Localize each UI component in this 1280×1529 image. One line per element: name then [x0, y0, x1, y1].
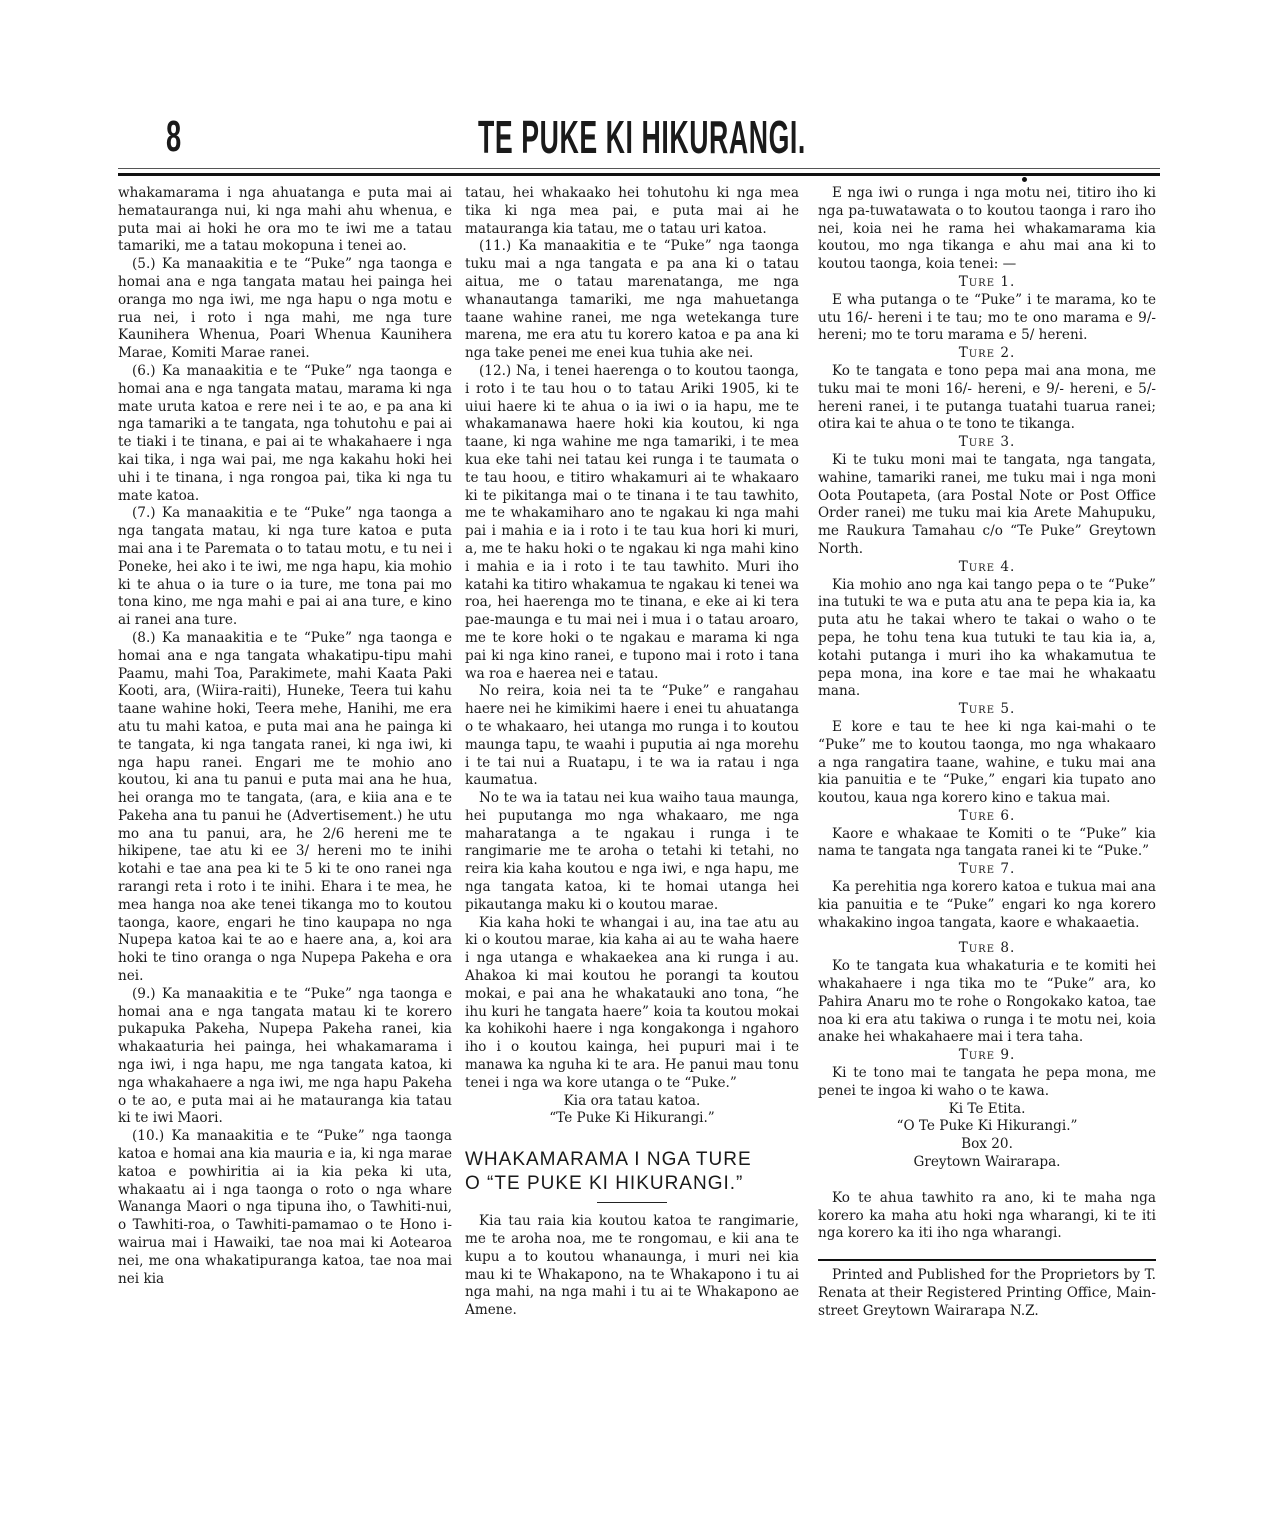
signoff-line-2: “Te Puke Ki Hikurangi.”: [465, 1110, 799, 1128]
page-number: 8: [166, 112, 182, 162]
paragraph-continued: tatau, hei whakaako hei tohutohu ki nga …: [465, 185, 799, 238]
rule-2-text: Ko te tangata e tono pepa mai ana mona, …: [818, 363, 1156, 434]
rule-4-heading: Ture 4.: [818, 559, 1156, 577]
ink-dot: [1022, 177, 1027, 182]
rule-5-text: E kore e tau te hee ki nga kai-mahi o te…: [818, 719, 1156, 808]
rule-1-heading: Ture 1.: [818, 274, 1156, 292]
section-divider: [597, 1202, 667, 1203]
rule-6-heading: Ture 6.: [818, 808, 1156, 826]
header-rule-thin: [118, 168, 1160, 169]
rule-8-heading: Ture 8.: [818, 940, 1156, 958]
right-column: E nga iwi o runga i nga motu nei, titiro…: [818, 185, 1156, 1321]
middle-column: tatau, hei whakaako hei tohutohu ki nga …: [465, 185, 799, 1320]
paragraph-5: (5.) Ka manaakitia e te “Puke” nga taong…: [118, 256, 452, 363]
rule-4-text: Kia mohio ano nga kai tango pepa o te “P…: [818, 577, 1156, 702]
left-column: whakamarama i nga ahuatanga e puta mai a…: [118, 185, 452, 1288]
rule-7-heading: Ture 7.: [818, 861, 1156, 879]
paragraph-no-reira: No reira, koia nei ta te “Puke” e rangah…: [465, 683, 799, 790]
section-paragraph: Kia tau raia kia koutou katoa te rangima…: [465, 1213, 799, 1320]
paragraph-10: (10.) Ka manaakitia e te “Puke” nga taon…: [118, 1128, 452, 1288]
rule-7-text: Ka perehitia nga korero katoa e tukua ma…: [818, 879, 1156, 932]
rule-6-text: Kaore e whakaae te Komiti o te “Puke” ki…: [818, 826, 1156, 862]
address-line-1: Ki Te Etita.: [818, 1101, 1156, 1119]
address-line-3: Box 20.: [818, 1136, 1156, 1154]
rule-5-heading: Ture 5.: [818, 701, 1156, 719]
paragraph-9: (9.) Ka manaakitia e te “Puke” nga taong…: [118, 986, 452, 1128]
printer-imprint: Printed and Published for the Proprietor…: [818, 1267, 1156, 1320]
section-heading-line-1: WHAKAMARAMA I NGA TURE: [465, 1148, 799, 1172]
masthead-title: TE PUKE KI HIKURANGI.: [478, 110, 806, 164]
paragraph-8: (8.) Ka manaakitia e te “Puke” nga taong…: [118, 630, 452, 986]
paragraph-11: (11.) Ka manaakitia e te “Puke” nga taon…: [465, 238, 799, 363]
rule-8-text: Ko te tangata kua whakaturia e te komiti…: [818, 958, 1156, 1047]
paragraph-kia-kaha: Kia kaha hoki te whangai i au, ina tae a…: [465, 915, 799, 1093]
address-line-2: “O Te Puke Ki Hikurangi.”: [818, 1118, 1156, 1136]
address-line-4: Greytown Wairarapa.: [818, 1154, 1156, 1172]
imprint-rule: [818, 1259, 1156, 1261]
rule-3-text: Ki te tuku moni mai te tangata, nga tang…: [818, 452, 1156, 559]
paragraph-7: (7.) Ka manaakitia e te “Puke” nga taong…: [118, 505, 452, 630]
signoff-line-1: Kia ora tatau katoa.: [465, 1093, 799, 1111]
rules-intro: E nga iwi o runga i nga motu nei, titiro…: [818, 185, 1156, 274]
closing-note: Ko te ahua tawhito ra ano, ki te maha ng…: [818, 1190, 1156, 1243]
paragraph-12: (12.) Na, i tenei haerenga o to koutou t…: [465, 363, 799, 683]
paragraph-no-te-wa: No te wa ia tatau nei kua waiho taua mau…: [465, 790, 799, 915]
section-heading: WHAKAMARAMA I NGA TURE O “TE PUKE KI HIK…: [465, 1148, 799, 1196]
header-rule-thick: [118, 173, 1160, 176]
paragraph-6: (6.) Ka manaakitia e te “Puke” nga taong…: [118, 363, 452, 505]
paragraph-continued: whakamarama i nga ahuatanga e puta mai a…: [118, 185, 452, 256]
rule-3-heading: Ture 3.: [818, 434, 1156, 452]
rule-1-text: E wha putanga o te “Puke” i te marama, k…: [818, 292, 1156, 345]
rule-9-heading: Ture 9.: [818, 1047, 1156, 1065]
rule-9-text: Ki te tono mai te tangata he pepa mona, …: [818, 1065, 1156, 1101]
section-heading-line-2: O “TE PUKE KI HIKURANGI.”: [465, 1172, 799, 1196]
rule-2-heading: Ture 2.: [818, 345, 1156, 363]
